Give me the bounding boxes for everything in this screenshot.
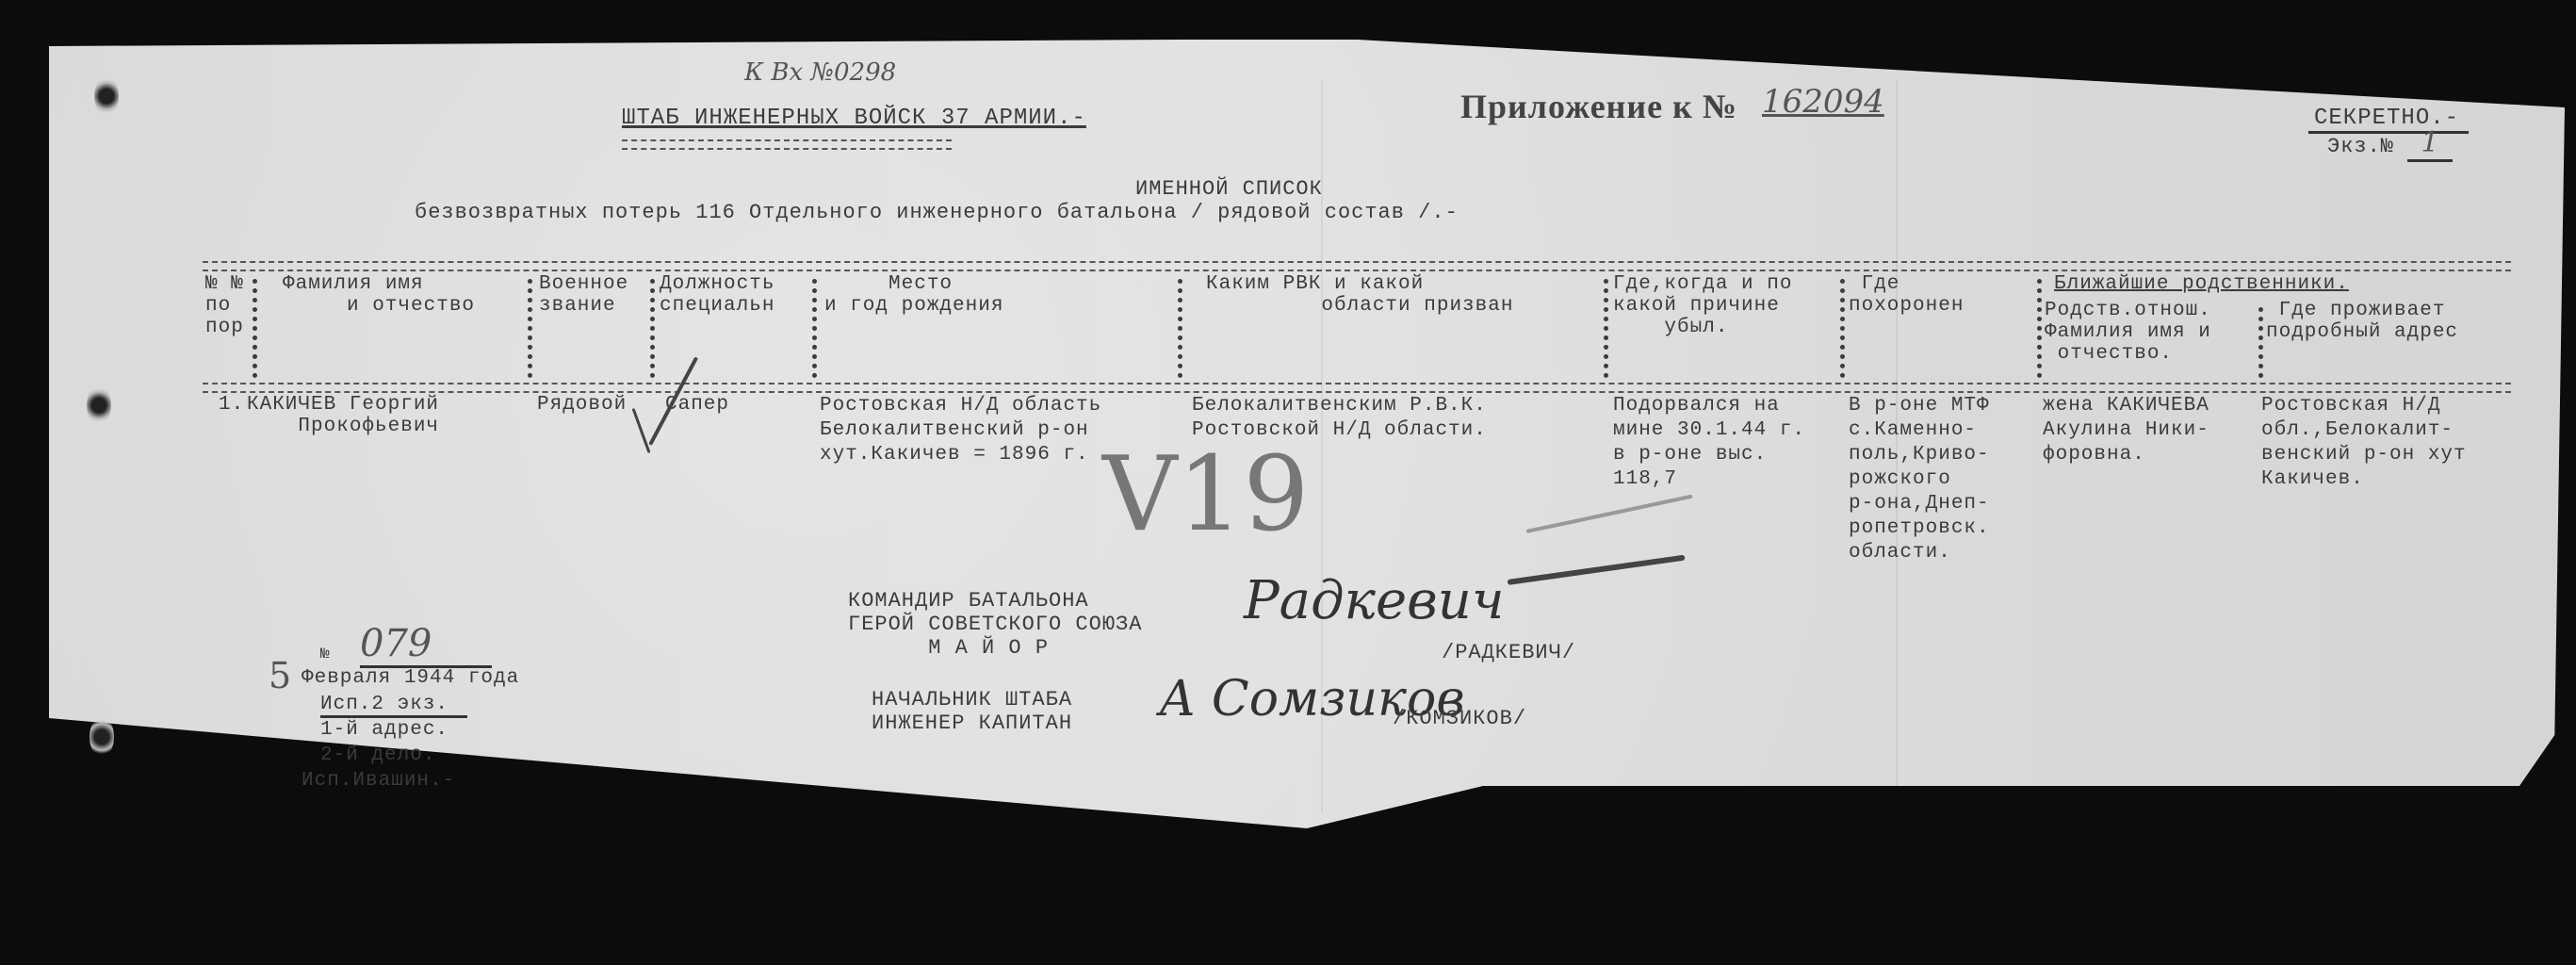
incoming-number-handwritten: К Вх №0298 [744,58,896,87]
col-header-draft: Каким РВК и какой области призван [1206,273,1513,317]
commander-signature: Радкевич [1244,570,1505,631]
cell-address: Ростовская Н/Д обл.,Белокалит- венский р… [2261,394,2467,492]
col-header-number: № № по пор [205,273,244,338]
cell-number: 1. [219,394,244,416]
executor: Исп.Ивашин.- [302,770,455,792]
column-separator [2258,307,2263,378]
cell-rank: Рядовой [537,394,627,416]
date-day: 5 [269,655,291,696]
cell-death: Подорвался на мине 30.1.44 г. в р-оне вы… [1613,394,1805,492]
punch-hole [90,716,114,758]
col-header-relatives: Ближайшие родственники. [2054,273,2349,295]
commander-name: /РАДКЕВИЧ/ [1442,641,1575,664]
col-header-address: Где проживает подробный адрес [2266,300,2458,343]
stamp-number: 162094 [1762,83,1884,121]
cell-birth: Ростовская Н/Д область Белокалитвенский … [820,394,1101,467]
column-separator [650,279,655,378]
col-header-rank: Военное звание [539,273,628,317]
col-header-death: Где,когда и по какой причине убыл. [1613,273,1792,338]
column-separator [253,279,257,378]
col-header-burial: Где похоронен [1849,273,1964,317]
column-separator [812,279,817,378]
outgoing-number: 079 [360,622,492,668]
margin-annotation: V19 [1102,433,1309,554]
col-header-birth: Место и год рождения [824,273,1003,317]
outgoing-number-label: № [320,646,331,662]
copy-label: Экз.№ [2327,135,2394,158]
col-header-name: Фамилия имя и отчество [283,273,475,317]
column-separator [528,279,532,378]
copy-number: 1 [2407,126,2453,162]
cell-relation: жена КАКИЧЕВА Акулина Ники- форовна. [2043,394,2209,467]
col-header-position: Должность специальн [660,273,774,317]
column-separator [2037,279,2042,378]
column-separator [1840,279,1845,378]
heading-double-rule [622,139,952,150]
punch-hole [87,384,111,426]
copy-destination-1: 1-й адрес. [320,719,448,741]
chief-name: /КОМЗИКОВ/ [1393,707,1526,730]
cell-burial: В р-оне МТФ с.Каменно- поль,Криво- рожск… [1849,394,1990,565]
list-title: ИМЕННОЙ СПИСОК [1135,177,1323,201]
column-separator [1604,279,1608,378]
col-header-relation: Родств.отнош. Фамилия имя и отчество. [2045,300,2211,365]
org-heading: ШТАБ ИНЖЕНЕРНЫХ ВОЙСК 37 АРМИИ.- [622,106,1086,131]
column-separator [1178,279,1182,378]
list-subtitle: безвозвратных потерь 116 Отдельного инже… [415,201,1459,224]
copy-destination-2: 2-й дело. [320,744,435,766]
punch-hole [94,75,119,117]
stamp-label: Приложение к № [1460,87,1737,126]
chief-title: НАЧАЛЬНИК ШТАБА ИНЖЕНЕР КАПИТАН [872,688,1072,735]
table-top-rule [203,261,2511,271]
cell-name: КАКИЧЕВ Георгий Прокофьевич [247,394,439,437]
table-header-rule [203,383,2511,393]
commander-title: КОМАНДИР БАТАЛЬОНА ГЕРОЙ СОВЕТСКОГО СОЮЗ… [848,589,1142,660]
copies-count: Исп.2 экз. [320,694,467,718]
date-text: Февраля 1944 года [302,667,519,689]
